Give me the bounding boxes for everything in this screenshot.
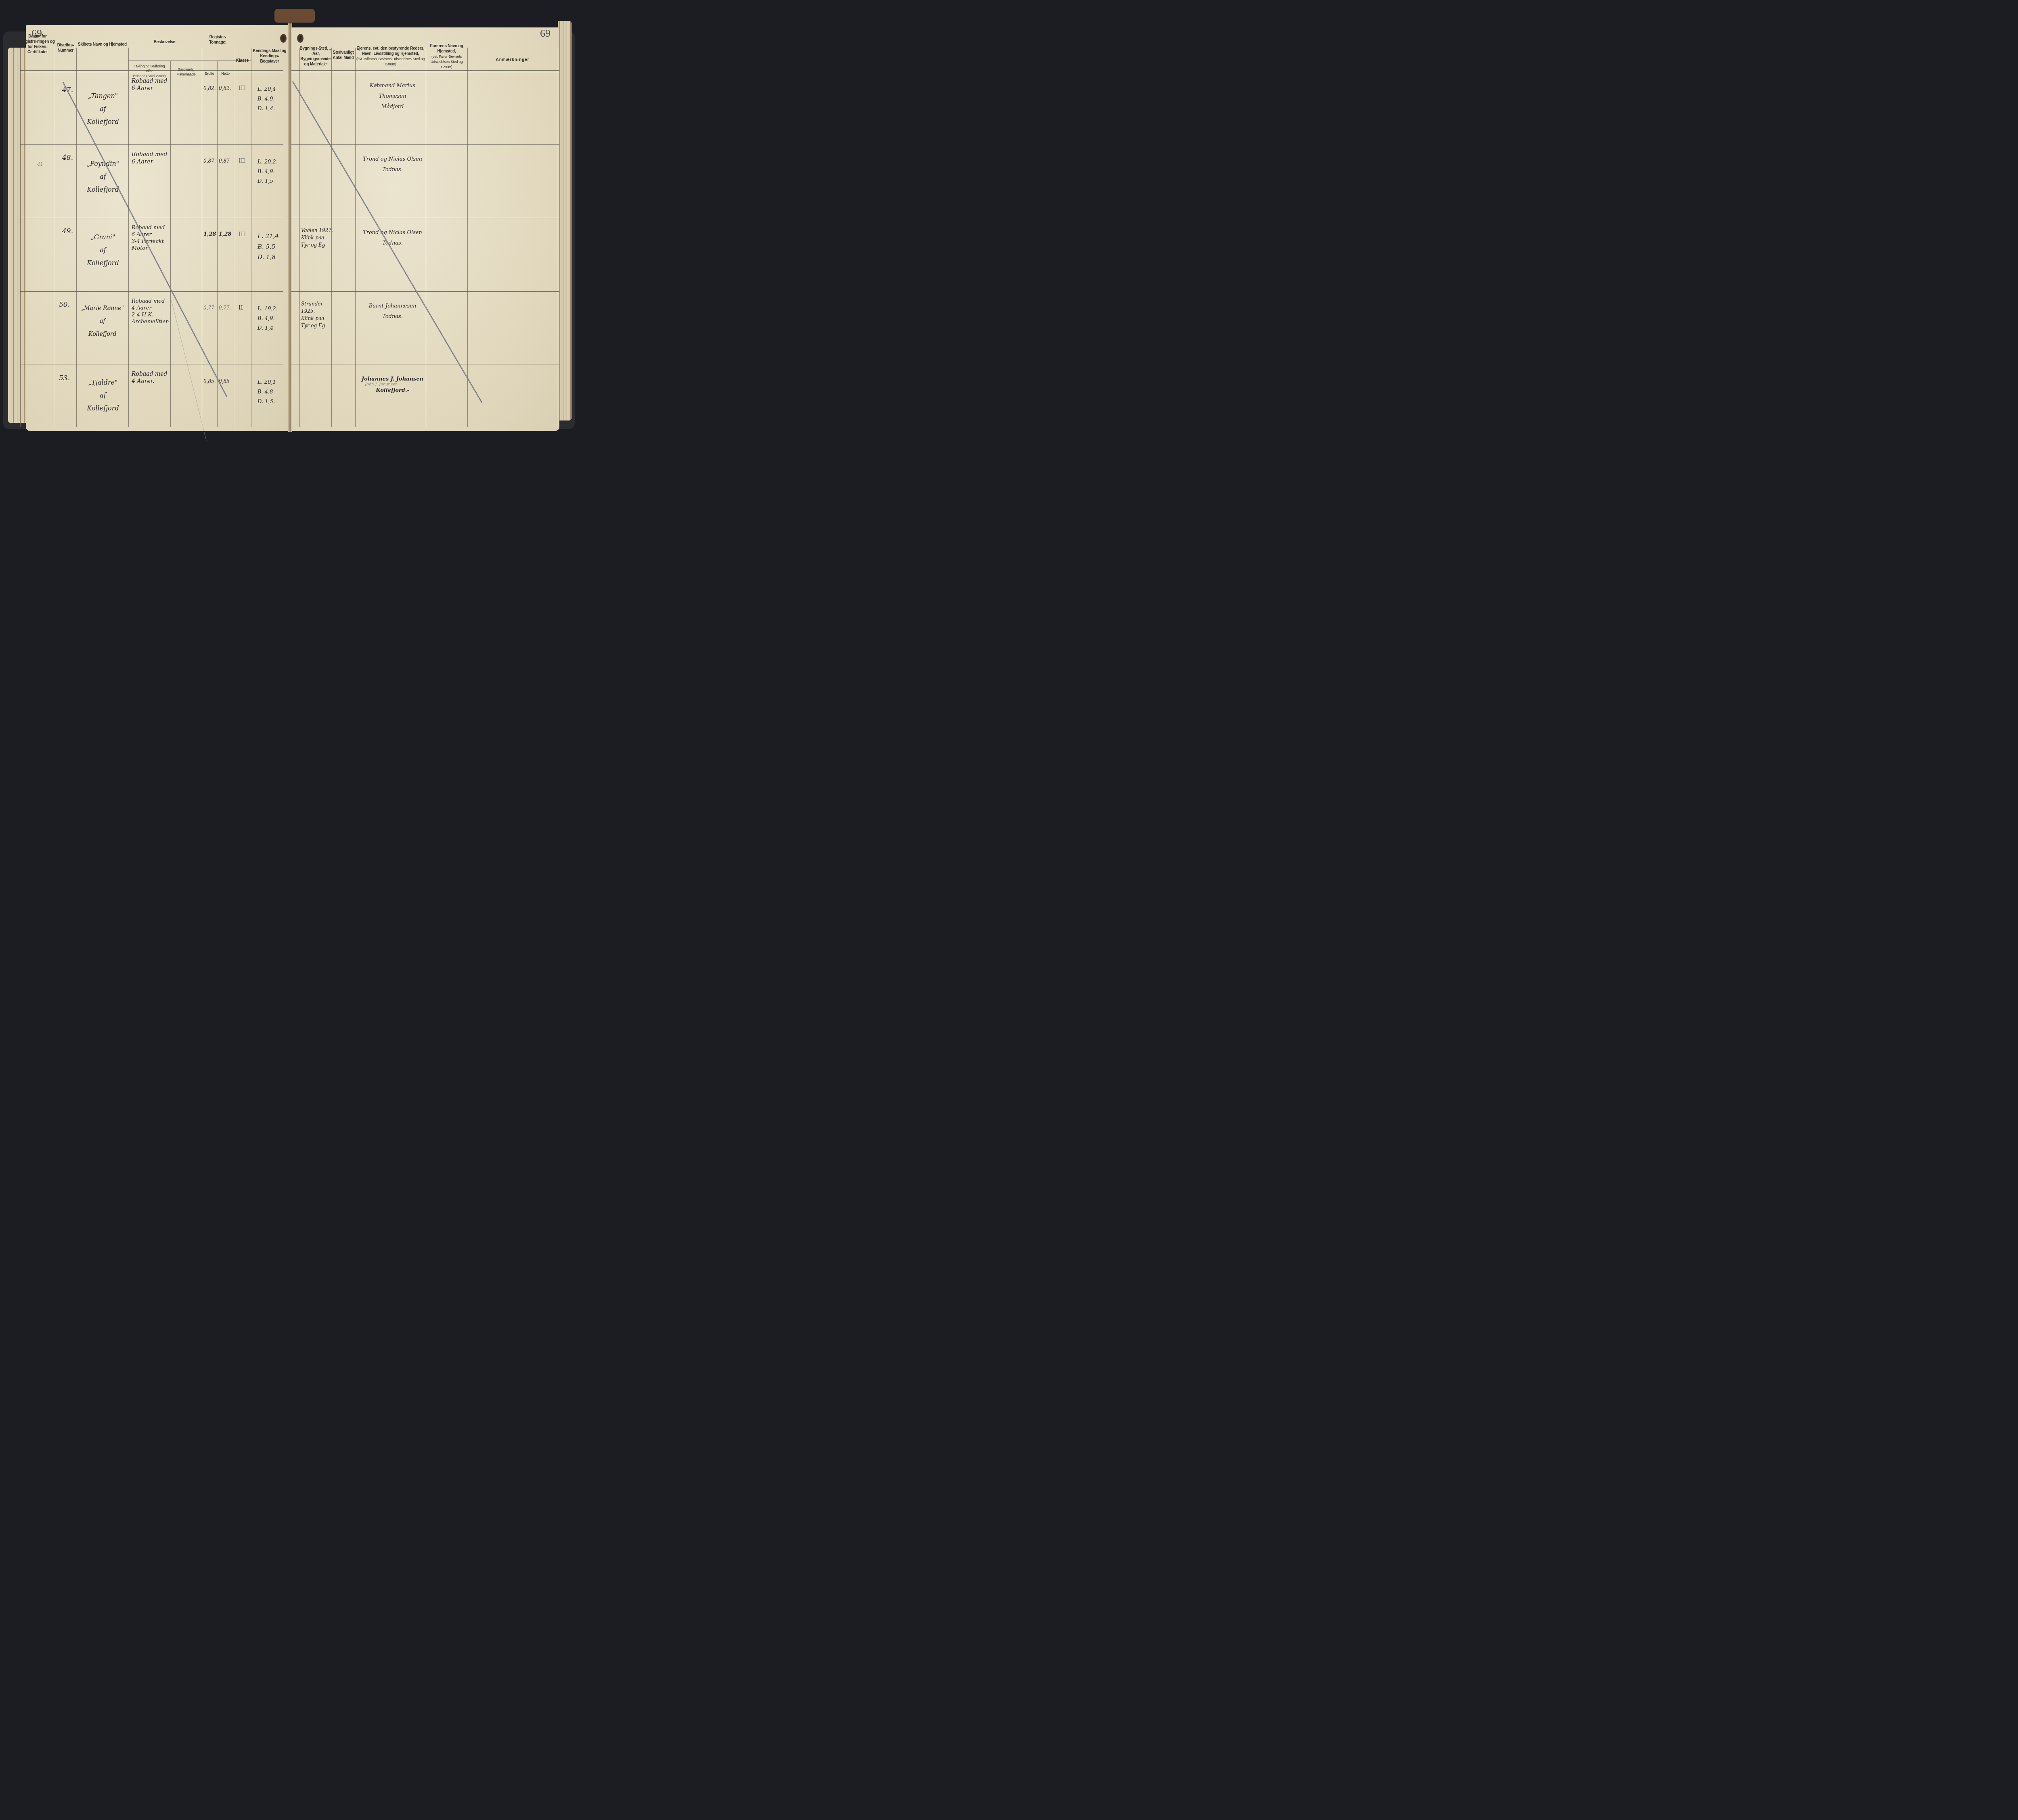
entry-50-ejer: Barnt Johannesen Todnas. xyxy=(359,301,426,322)
punch-hole xyxy=(297,34,304,43)
header-anmaerkninger: Anmærkninger xyxy=(467,57,558,63)
header-brutto: Brutto xyxy=(202,71,217,76)
entry-49-ejer: Trond og Niclas Olsen Todnas. xyxy=(359,228,426,249)
entry-47-brutto: 0,82. xyxy=(203,85,216,92)
header-datum: Datum for Registre-ringen og for Fiskeri… xyxy=(20,34,55,55)
entry-47-ejer: Købmand Marius Thomesen Mådjord xyxy=(359,81,426,112)
header-skibets-navn: Skibets Navn og Hjemsted xyxy=(76,42,128,47)
entry-50-navn: „Marie Rønne" af Kollefjord xyxy=(77,302,128,341)
right-page: 69 Bygnings-Sted, „ -Aar, Bygningsmaade … xyxy=(291,27,559,431)
entry-50-kendings: L. 19,2. B. 4,9. D. 1,4 xyxy=(257,304,278,333)
entry-50-klasse: II xyxy=(239,304,243,312)
entry-47-klasse: III xyxy=(239,85,245,92)
entry-53-navn: „Tjaldre" af Kollefjord xyxy=(85,376,121,415)
entry-49-bygning: Vaalen 1927. Klink paa Tyr og Eg xyxy=(301,227,333,249)
entry-47-netto: 0,82. xyxy=(219,85,231,92)
entry-48-kendings: L. 20,2. B. 4,9. D. 1,5 xyxy=(257,157,278,186)
entry-53-takling: Robaad med 4 Aarer. xyxy=(132,370,167,385)
entry-50-netto: 0,77. xyxy=(219,304,231,312)
header-bygnings: Bygnings-Sted, „ -Aar, Bygningsmaade og … xyxy=(299,46,331,67)
entry-49-navn: „Grani" af Kollefjord xyxy=(85,231,121,270)
entry-47-navn: „Tangen" af Kollefjord xyxy=(85,90,121,128)
header-netto: Netto xyxy=(217,71,234,76)
entry-49-klasse: III xyxy=(239,231,245,238)
entry-49-netto: 1,28 xyxy=(219,231,232,238)
entry-53-ejer-pencil: Joen J. Johansen xyxy=(365,381,398,388)
header-beskrivelse: Beskrivelse: xyxy=(128,40,202,45)
entry-48-brutto: 0,87. xyxy=(203,157,216,165)
entry-49-kendings: L. 21,4 B. 5,5 D. 1,8 xyxy=(257,231,279,262)
entry-48-margin-note: 41 xyxy=(37,161,43,168)
entry-48-navn: „Poyndin" af Kollefjord xyxy=(85,157,121,196)
entry-53-nummer: 53. xyxy=(59,374,70,382)
cancellation-line-left-secondary xyxy=(171,299,207,441)
punch-hole xyxy=(280,34,287,43)
header-kendings: Kendings-Maal og Kendings-Bogstaver xyxy=(251,48,288,64)
entry-48-ejer: Trond og Niclas Olsen Todnas. xyxy=(359,154,426,175)
book-spine xyxy=(274,9,315,23)
header-distrikts-nummer: Distrikts-Nummer xyxy=(55,43,76,53)
entry-48-klasse: III xyxy=(239,157,245,165)
page-edges-right xyxy=(558,21,571,420)
header-forerens: Førerens Navn og Hjemsted,(evt. Fører-Be… xyxy=(426,44,467,70)
entry-48-netto: 0,87 xyxy=(219,157,230,165)
entry-48-nummer: 48. xyxy=(62,154,73,161)
entry-50-takling: Robaad med 4 Aarer 2-4 H.K. Archemelltie… xyxy=(132,298,169,325)
entry-48-takling: Robaad med 6 Aarer xyxy=(132,151,167,165)
header-ejerens: Ejerens, evt. den bestyrende Reders, Nav… xyxy=(355,46,426,67)
header-register-tonnage: Register-Tonnage: xyxy=(202,35,234,45)
header-klasse: Klasse xyxy=(234,58,251,63)
header-saedvanlig-fiskemaade: Sædvanlig Fiskemaade xyxy=(170,67,202,77)
left-page: 69 Datum for Registre-ringen og for Fisk… xyxy=(26,25,289,431)
entry-49-brutto: 1,28 xyxy=(203,231,216,238)
entry-53-kendings: L. 20,1 B. 4,8 D. 1,5. xyxy=(257,378,276,407)
page-edges-left xyxy=(8,48,27,423)
entry-47-kendings: L. 20,4 B. 4,9. D. 1,4. xyxy=(257,85,276,114)
entry-50-nummer: 50. xyxy=(59,301,70,308)
entry-50-brutto: 0,77. xyxy=(203,304,216,312)
header-antal-mand: Sædvanligt Antal Mand xyxy=(331,50,355,61)
header-takling: Takling og SejlføringellerRobaad (Antal … xyxy=(128,64,170,78)
entry-47-takling: Robaad med 6 Aarer xyxy=(132,77,167,92)
entry-49-nummer: 49. xyxy=(62,228,73,235)
page-number-right: 69 xyxy=(540,27,551,40)
entry-53-brutto: 0,85. xyxy=(203,378,216,385)
entry-50-bygning: Strander 1925. Klink paa Tyr og Eg xyxy=(301,300,325,329)
